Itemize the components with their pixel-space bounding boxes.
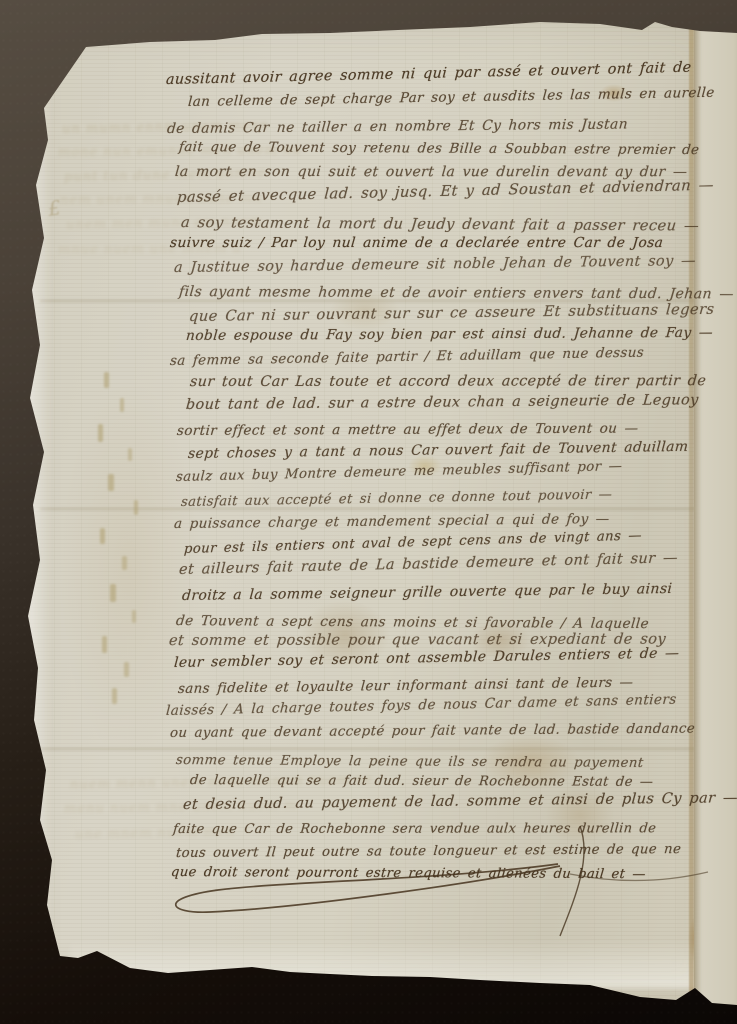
manuscript-line: passé et avecque lad. soy jusq. Et y ad … <box>176 177 714 206</box>
manuscript-line: suivre suiz / Par loy nul anime de a dec… <box>169 235 664 251</box>
manuscript-line: satisfait aux accepté et si donne ce don… <box>181 488 613 511</box>
manuscript-line: noble espouse du Fay soy bien par est ai… <box>185 325 713 344</box>
manuscript-line: la mort en son qui suit et ouvert la vue… <box>174 164 688 180</box>
manuscript-line: saulz aux buy Montre demeure me meubles … <box>176 459 623 485</box>
manuscript-line: sa femme sa seconde faite partir / Et ad… <box>170 345 645 368</box>
manuscript-line: sur tout Car Las toute et accord deux ac… <box>189 373 707 390</box>
manuscript-line: ou ayant que devant accepté pour fait va… <box>169 721 695 741</box>
manuscript-line: de laquelle qui se a fait dud. sieur de … <box>189 773 654 790</box>
manuscript-line: sortir effect et sont a mettre au effet … <box>176 420 639 439</box>
photo-scene: un mumn ennm unem menn mone nun emunne m… <box>0 0 737 1024</box>
manuscript-line: aussitant avoir agree somme ni qui par a… <box>165 60 692 88</box>
manuscript-line: lan celleme de sept charge Par soy et au… <box>188 85 716 110</box>
manuscript-line: a soy testament la mort du Jeudy devant … <box>180 214 700 235</box>
manuscript-page: un mumn ennm unem menn mone nun emunne m… <box>0 0 737 1024</box>
manuscript-line: fait que de Touvent soy retenu des Bille… <box>179 140 701 158</box>
manuscript-line: a Justitue soy hardue demeure sit noble … <box>173 253 696 276</box>
manuscript-line: fils ayant mesme homme et de avoir entie… <box>178 284 734 302</box>
manuscript-line: droitz a la somme seigneur grille ouvert… <box>181 581 673 604</box>
manuscript-line: a puissance charge et mandement special … <box>173 511 610 532</box>
manuscript-line: et desia dud. au payement de lad. somme … <box>183 790 737 813</box>
manuscript-line: de Touvent a sept cens ans moins et si f… <box>175 613 650 632</box>
manuscript-line: somme tenue Employe la peine que ils se … <box>175 753 644 771</box>
manuscript-line: et somme et possible pour que vacant et … <box>169 630 668 649</box>
manuscript-line: de damis Car ne tailler a en nombre Et C… <box>167 116 629 137</box>
manuscript-line: bout tant de lad. sur a estre deux chan … <box>185 393 699 414</box>
manuscript-line: que Car ni sur ouvrant sur sur ce asseur… <box>189 301 716 325</box>
signature-flourish <box>140 818 730 968</box>
